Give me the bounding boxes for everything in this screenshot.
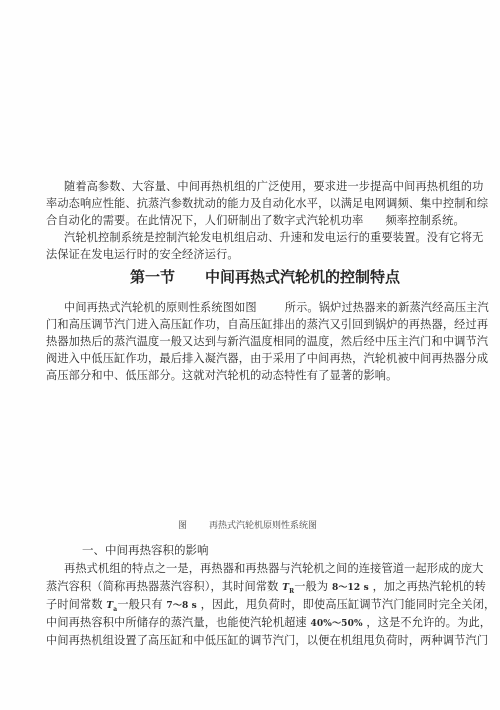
section-line-1b: 所示。锅炉过热器来的新蒸汽经高压主汽	[285, 301, 489, 314]
document-page: 随着高参数、大容量、中间再热机组的广泛使用，要求进一步提高中间再热机组的功 率动…	[0, 0, 500, 710]
intro-line-3: 合自动化的需要。在此情况下，人们研制出了数字式汽轮机功率频率控制系统。	[46, 214, 440, 228]
intro-line-3a: 合自动化的需要。在此情况下，人们研制出了数字式汽轮机功率	[46, 214, 363, 227]
sub-line-2a: 蒸汽容积（简称再热器蒸汽容积），其时间常数	[46, 580, 279, 593]
figure-caption-text: 再热式汽轮机原则性系统图	[209, 521, 317, 531]
sub-line-3: 子时间常数 Ta一般只有 7～8 s ，因此，甩负荷时，即使高压缸调节汽门能同时…	[46, 598, 440, 617]
figure-caption: 图再热式汽轮机原则性系统图	[178, 520, 317, 532]
math-ta: Ta	[106, 601, 117, 611]
intro-line-5: 法保证在发电运行时的安全经济运行。	[46, 248, 440, 262]
section-line-1: 中间再热式汽轮机的原则性系统图如图所示。锅炉过热器来的新蒸汽经高压主汽	[64, 301, 440, 315]
section-line-5: 高压部分和中、低压部分。这就对汽轮机的动态特性有了显著的影响。	[46, 369, 440, 383]
section-title: 中间再热式汽轮机的控制特点	[205, 268, 400, 286]
math-ta-range: 7～8 s	[166, 601, 196, 611]
math-tr: TR	[282, 583, 294, 593]
math-overspeed: 40%～50%	[310, 619, 362, 629]
sub-line-3b: 一般只有	[117, 598, 162, 611]
intro-line-1: 随着高参数、大容量、中间再热机组的广泛使用，要求进一步提高中间再热机组的功	[64, 180, 440, 194]
sub-line-2: 蒸汽容积（简称再热器蒸汽容积），其时间常数 TR一般为 8～12 s ，加之再热…	[46, 580, 440, 599]
intro-line-2: 率动态响应性能、抗蒸汽参数扰动的能力及自动化水平，以满足电网调频、集中控制和综	[46, 197, 440, 211]
sub-line-5: 中间再热机组设置了高压缸和中低压缸的调节汽门，以便在机组甩负荷时，两种调节汽门	[46, 634, 440, 648]
section-line-4: 阀进入中低压缸作功，最后排入凝汽器，由于采用了中间再热，汽轮机被中间再热器分成	[46, 352, 440, 366]
section-heading: 第一节中间再热式汽轮机的控制特点	[130, 268, 400, 286]
figure-label: 图	[178, 521, 187, 531]
section-number: 第一节	[130, 268, 175, 286]
sub-line-2c: ，加之再热汽轮机的转	[373, 580, 486, 593]
sub-line-1: 再热式机组的特点之一是，再热器和再热器与汽轮机之间的连接管道一起形成的庞大	[64, 562, 440, 576]
intro-line-4: 汽轮机控制系统是控制汽轮发电机组启动、升速和发电运行的重要装置。没有它将无	[64, 231, 440, 245]
sub-line-2b: 一般为	[294, 580, 328, 593]
subsection-title: 一、中间再热容积的影响	[82, 543, 209, 557]
sub-line-3a: 子时间常数	[46, 598, 103, 611]
section-line-1a: 中间再热式汽轮机的原则性系统图如图	[64, 301, 257, 314]
sub-line-4b: ，这是不允许的。为此，	[366, 616, 491, 629]
intro-line-3b: 频率控制系统。	[385, 214, 464, 227]
section-line-2: 门和高压调节汽门进入高压缸作功，自高压缸排出的蒸汽又引回到锅炉的再热器，经过再	[46, 318, 440, 332]
sub-line-4a: 中间再热容积中所储存的蒸汽量，也能使汽轮机超速	[46, 616, 307, 629]
math-tr-range: 8～12 s	[332, 583, 369, 593]
figure-area	[46, 395, 440, 515]
section-line-3: 热器加热后的蒸汽温度一般又达到与新汽温度相同的温度，然后经中压主汽门和中调节汽	[46, 335, 440, 349]
sub-line-4: 中间再热容积中所储存的蒸汽量，也能使汽轮机超速 40%～50% ，这是不允许的。…	[46, 616, 440, 631]
sub-line-3c: ，因此，甩负荷时，即使高压缸调节汽门能同时完全关闭，	[201, 598, 496, 611]
